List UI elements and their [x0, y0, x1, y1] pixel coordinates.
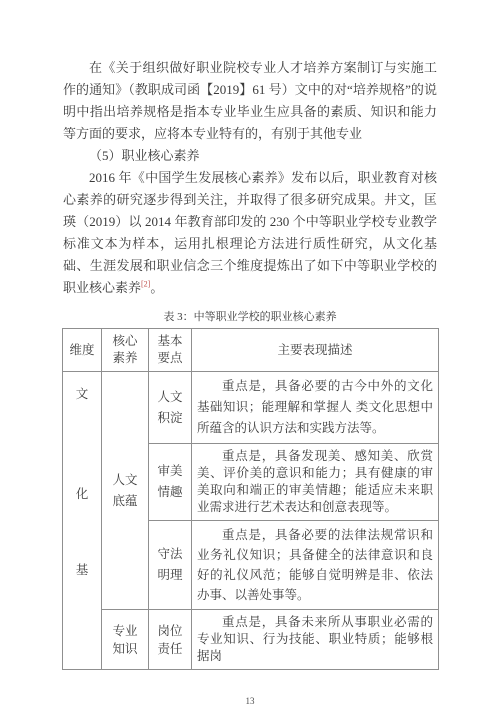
table-header-row: 维度 核心素养 基本要点 主要表现描述 — [63, 329, 439, 372]
header-core-competency: 核心素养 — [102, 329, 149, 372]
header-basic-point: 基本要点 — [149, 329, 192, 372]
citation-reference-mark: [2] — [141, 280, 150, 289]
document-body: 在《关于组织做好职业院校专业人才培养方案制订与实施工作的通知》（教职成司函【20… — [63, 0, 437, 706]
point-cell-humanistic-accumulation: 人文积淀 — [149, 372, 192, 444]
paragraph-training-spec: 在《关于组织做好职业院校专业人才培养方案制订与实施工作的通知》（教职成司函【20… — [63, 57, 437, 145]
header-dimension: 维度 — [63, 329, 102, 372]
paragraph-core-competency-text: 2016 年《中国学生发展核心素养》发布以后，职业教育对核心素养的研究逐步得到关… — [63, 170, 437, 295]
point-cell-law-abiding: 守法明理 — [149, 521, 192, 610]
dimension-cell-culture-foundation: 文 化 基 — [63, 372, 102, 670]
table-caption: 表 3：中等职业学校的职业核心素养 — [63, 308, 437, 324]
section-heading-5: （5）职业核心素养 — [63, 145, 437, 167]
header-description: 主要表现描述 — [192, 329, 439, 372]
page-number: 13 — [63, 696, 437, 706]
paragraph-core-competency-period: 。 — [150, 280, 163, 295]
core-competency-table: 维度 核心素养 基本要点 主要表现描述 文 化 基 人文底蕴 人文积淀 重点是，… — [62, 328, 439, 670]
dimension-char-3: 基 — [63, 560, 101, 578]
table-row: 专业知识 岗位责任 重点是，具备未来所从事职业必需的专业知识、行为技能、职业特质… — [63, 610, 439, 670]
desc-cell-humanistic-accumulation: 重点是，具备必要的古今中外的文化基础知识；能理解和掌握人 类文化思想中所蕴含的认… — [192, 372, 439, 444]
desc-cell-aesthetic-taste: 重点是，具备发现美、感知美、欣赏美、评价美的意识和能力；具有健康的审美取向和端正… — [192, 444, 439, 521]
desc-cell-post-responsibility: 重点是，具备未来所从事职业必需的专业知识、行为技能、职业特质；能够根据岗 — [192, 610, 439, 670]
core-cell-humanistic: 人文底蕴 — [102, 372, 149, 610]
point-cell-post-responsibility: 岗位责任 — [149, 610, 192, 670]
desc-cell-law-abiding: 重点是，具备必要的法律法规常识和业务礼仪知识；具备健全的法律意识和良好的礼仪风范… — [192, 521, 439, 610]
table-row: 文 化 基 人文底蕴 人文积淀 重点是，具备必要的古今中外的文化基础知识；能理解… — [63, 372, 439, 444]
point-cell-aesthetic-taste: 审美情趣 — [149, 444, 192, 521]
core-cell-professional-knowledge: 专业知识 — [102, 610, 149, 670]
dimension-char-2: 化 — [63, 484, 101, 502]
document-page: 在《关于组织做好职业院校专业人才培养方案制订与实施工作的通知》（教职成司函【20… — [0, 0, 500, 707]
dimension-char-1: 文 — [63, 384, 101, 402]
paragraph-core-competency: 2016 年《中国学生发展核心素养》发布以后，职业教育对核心素养的研究逐步得到关… — [63, 167, 437, 299]
